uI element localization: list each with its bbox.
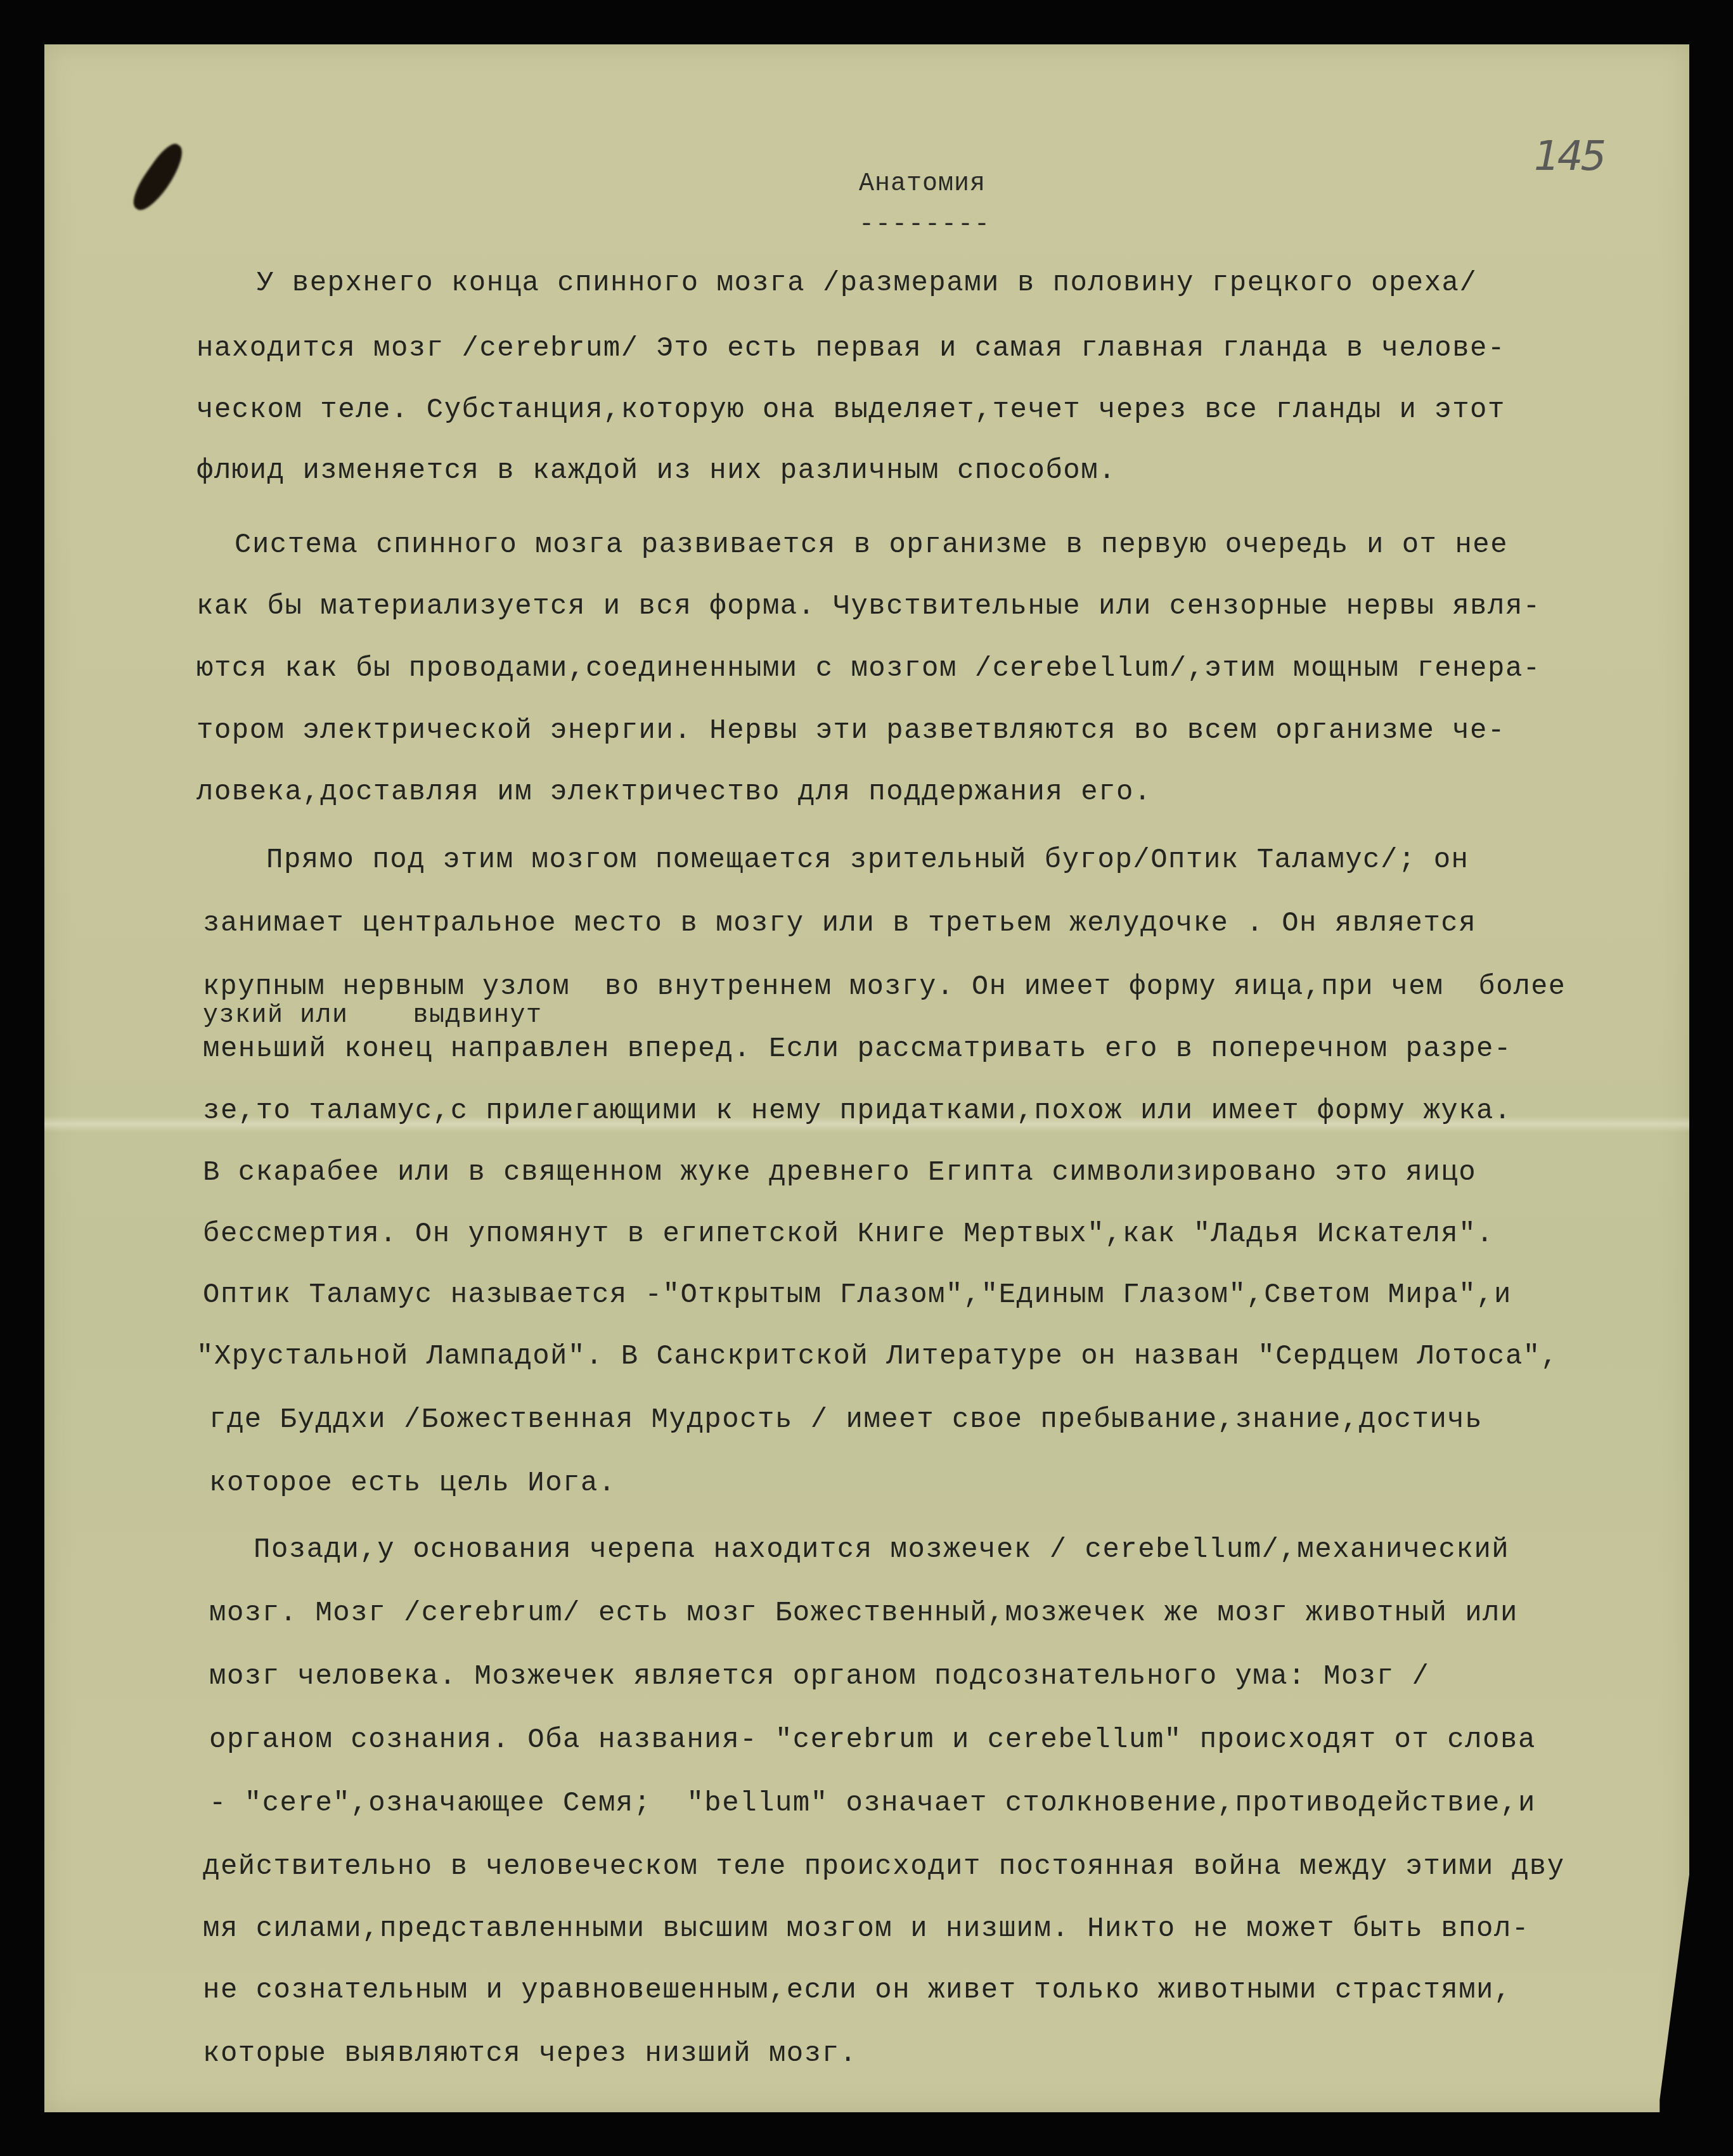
- text-line: тором электрической энергии. Нервы эти р…: [196, 715, 1505, 747]
- text-line: ются как бы проводами,соединенными с моз…: [196, 653, 1541, 685]
- text-line: зе,то таламус,с прилегающими к нему прид…: [203, 1095, 1512, 1127]
- title-underline: --------: [859, 210, 991, 239]
- text-line: не сознательным и уравновешенным,если он…: [203, 1975, 1512, 2006]
- text-line: У верхнего конца спинного мозга /размера…: [257, 268, 1477, 299]
- document-title: Анатомия: [859, 170, 986, 198]
- ink-stain: [126, 139, 191, 216]
- text-line: Система спинного мозга развивается в орг…: [235, 529, 1508, 561]
- text-line: которые выявляются через низший мозг.: [203, 2038, 857, 2070]
- text-line: Прямо под этим мозгом помещается зритель…: [266, 844, 1469, 876]
- document-page: 145 Анатомия -------- У верхнего конца с…: [44, 44, 1689, 2112]
- text-line: мозг человека. Мозжечек является органом…: [209, 1661, 1429, 1693]
- text-line: находится мозг /cerebrum/ Это есть перва…: [196, 333, 1505, 365]
- text-line: Позади,у основания черепа находится мозж…: [254, 1534, 1509, 1566]
- text-line: бессмертия. Он упомянут в египетской Кни…: [203, 1218, 1494, 1250]
- text-line: как бы материализуется и вся форма. Чувс…: [196, 591, 1541, 623]
- text-line: занимает центральное место в мозгу или в…: [203, 908, 1476, 939]
- interlinear-correction: узкий или выдвинут: [203, 1002, 543, 1030]
- text-line: действительно в человеческом теле происх…: [203, 1851, 1565, 1883]
- text-line: где Буддхи /Божественная Мудрость / имее…: [209, 1404, 1483, 1436]
- text-line: мя силами,представленными высшим мозгом …: [203, 1913, 1530, 1945]
- text-line: ловека,доставляя им электричество для по…: [196, 777, 1152, 808]
- text-line: котороe есть цель Иога.: [209, 1468, 616, 1499]
- text-line: флюид изменяется в каждой из них различн…: [196, 455, 1116, 487]
- text-line: меньший конец направлен вперед. Если рас…: [203, 1033, 1512, 1065]
- text-line: Оптик Таламус называется -"Открытым Глаз…: [203, 1279, 1512, 1311]
- page-number: 145: [1534, 133, 1604, 180]
- text-line: органом сознания. Оба названия- "cerebru…: [209, 1724, 1536, 1756]
- text-line: В скарабее или в священном жуке древнего…: [203, 1157, 1476, 1189]
- text-line: ческом теле. Субстанция,которую она выде…: [196, 394, 1505, 426]
- text-line: мозг. Мозг /cerebrum/ есть мозг Божестве…: [209, 1598, 1518, 1629]
- text-line: - "cere",означающее Семя; "bellum" означ…: [209, 1788, 1536, 1819]
- text-line: "Хрустальной Лампадой". В Санскритской Л…: [196, 1341, 1559, 1372]
- text-line: крупным нервным узлом во внутреннем мозг…: [203, 971, 1566, 1003]
